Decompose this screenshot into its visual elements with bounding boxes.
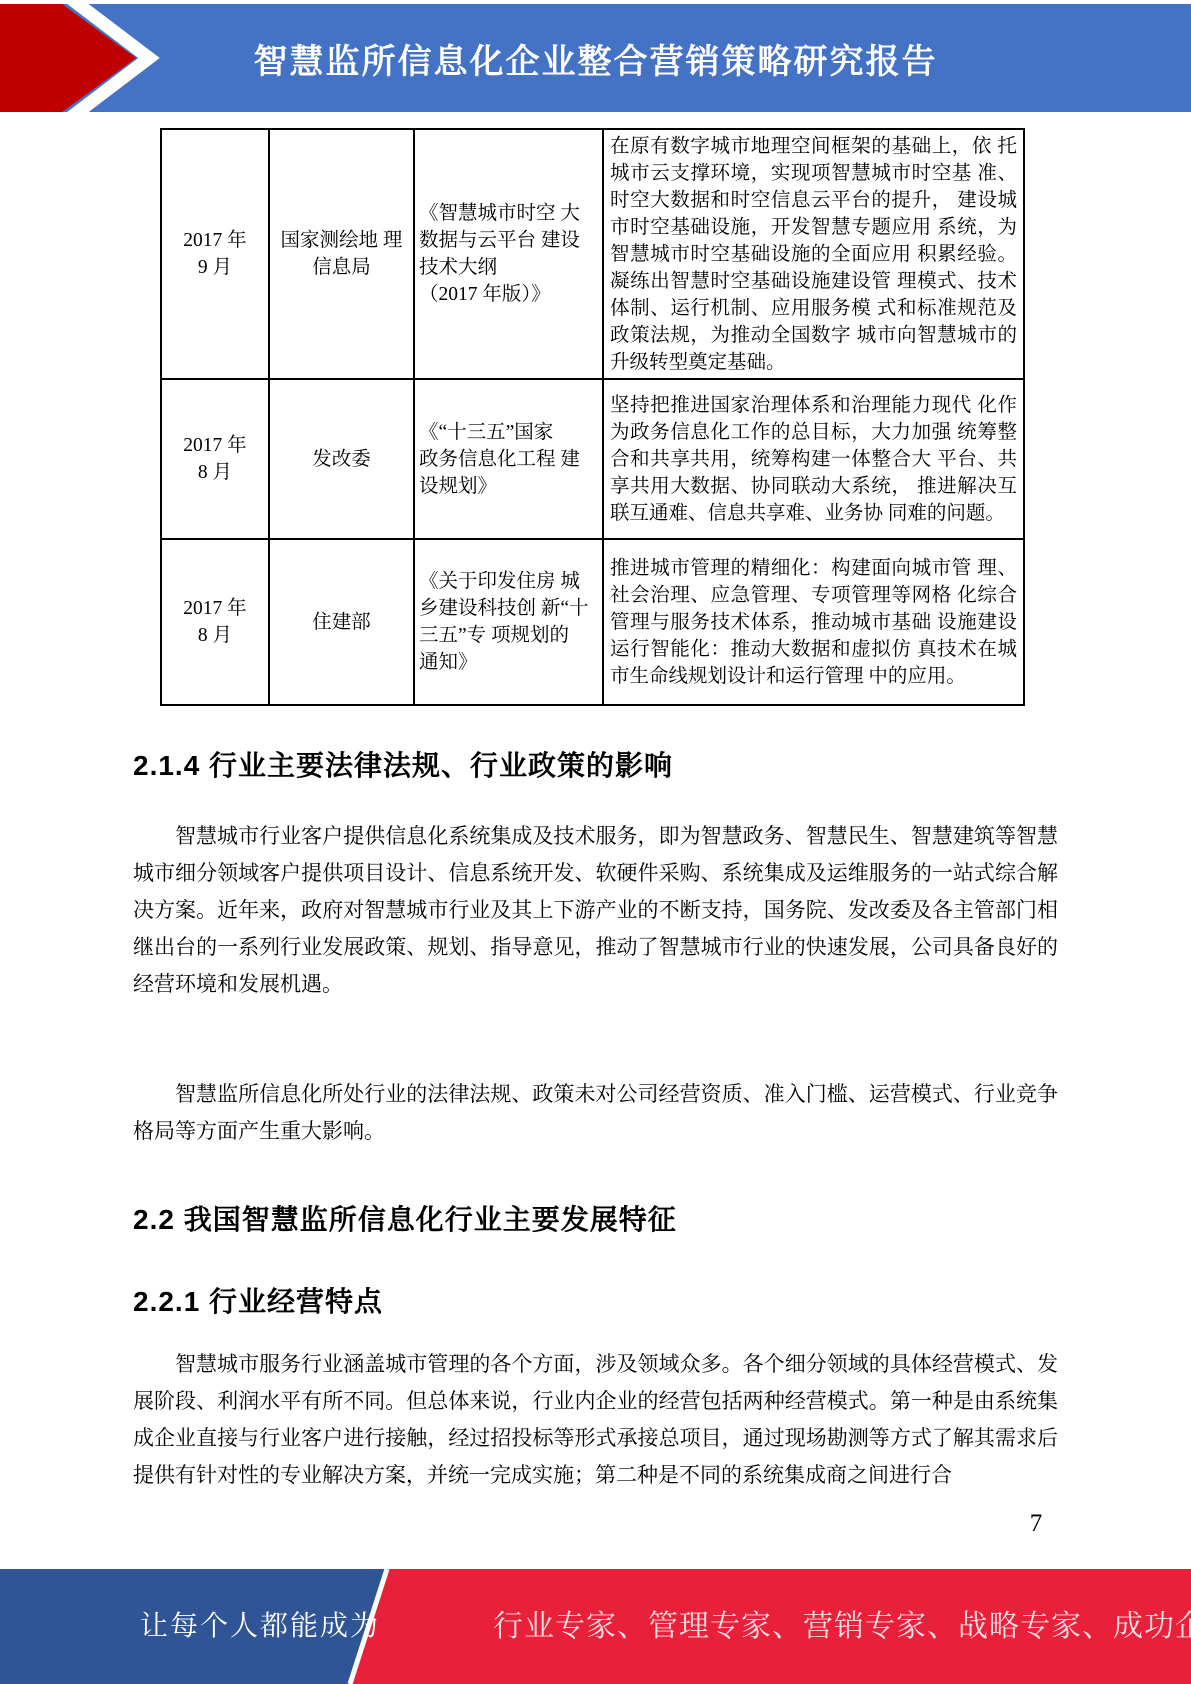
cell-date: 2017 年 8 月 xyxy=(161,539,269,705)
cell-description: 在原有数字城市地理空间框架的基础上，依 托城市云支撑环境，实现项智慧城市时空基 … xyxy=(603,129,1024,379)
footer-slogan-right: 行业专家、管理专家、营销专家、战略专家、成功企业家…… xyxy=(493,1569,1191,1684)
policy-table: 2017 年 9 月 国家测绘地 理 信息局 《智慧城市时空 大 数据与云平台 … xyxy=(160,128,1025,706)
cell-policy: 《智慧城市时空 大 数据与云平台 建设 技术大纲 （2017 年版）》 xyxy=(414,129,603,379)
section-heading-2-2-1: 2.2.1 行业经营特点 xyxy=(133,1280,1093,1320)
page-number: 7 xyxy=(1006,1510,1066,1538)
cell-date: 2017 年 9 月 xyxy=(161,129,269,379)
table-row: 2017 年 9 月 国家测绘地 理 信息局 《智慧城市时空 大 数据与云平台 … xyxy=(161,129,1024,379)
cell-agency: 住建部 xyxy=(269,539,414,705)
cell-agency: 发改委 xyxy=(269,379,414,539)
cell-description: 推进城市管理的精细化：构建面向城市管 理、社会治理、应急管理、专项管理等网格 化… xyxy=(603,539,1024,705)
table-row: 2017 年 8 月 发改委 《“十三五”国家 政务信息化工程 建 设规划》 坚… xyxy=(161,379,1024,539)
paragraph: 智慧城市行业客户提供信息化系统集成及技术服务，即为智慧政务、智慧民生、智慧建筑等… xyxy=(133,818,1058,1003)
cell-policy: 《关于印发住房 城 乡建设科技创 新“十 三五”专 项规划的 通知》 xyxy=(414,539,603,705)
footer-slogan-left: 让每个人都能成为 xyxy=(140,1569,380,1684)
paragraph: 智慧城市服务行业涵盖城市管理的各个方面，涉及领域众多。各个细分领域的具体经营模式… xyxy=(133,1346,1058,1494)
section-heading-2-2: 2.2 我国智慧监所信息化行业主要发展特征 xyxy=(133,1198,1093,1238)
cell-agency: 国家测绘地 理 信息局 xyxy=(269,129,414,379)
paragraph: 智慧监所信息化所处行业的法律法规、政策未对公司经营资质、准入门槛、运营模式、行业… xyxy=(133,1076,1058,1150)
report-page: 智慧监所信息化企业整合营销策略研究报告 2017 年 9 月 国家测绘地 理 信… xyxy=(0,0,1191,1684)
cell-description: 坚持把推进国家治理体系和治理能力现代 化作为政务信息化工作的总目标，大力加强 统… xyxy=(603,379,1024,539)
section-heading-2-1-4: 2.1.4 行业主要法律法规、行业政策的影响 xyxy=(133,744,1093,784)
report-title: 智慧监所信息化企业整合营销策略研究报告 xyxy=(120,4,1071,112)
cell-date: 2017 年 8 月 xyxy=(161,379,269,539)
cell-policy: 《“十三五”国家 政务信息化工程 建 设规划》 xyxy=(414,379,603,539)
table-row: 2017 年 8 月 住建部 《关于印发住房 城 乡建设科技创 新“十 三五”专… xyxy=(161,539,1024,705)
